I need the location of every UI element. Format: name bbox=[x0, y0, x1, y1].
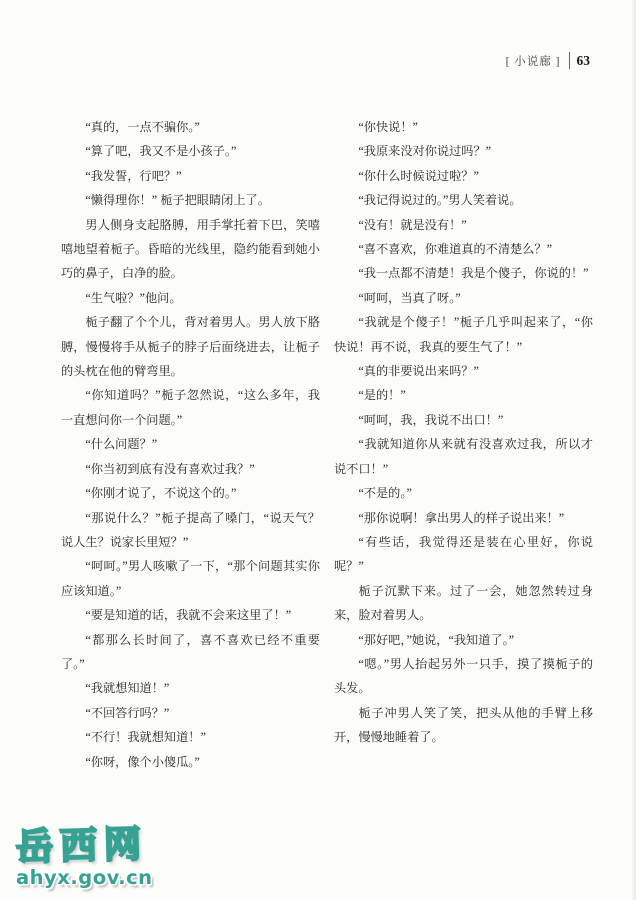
paragraph: “懒得理你！” 栀子把眼睛闭上了。 bbox=[61, 188, 320, 212]
paragraph: “呵呵，当真了呀。” bbox=[334, 286, 593, 310]
paragraph: “我就知道你从来就有没喜欢过我，所以才说不口！” bbox=[334, 432, 593, 481]
paragraph: “那你说啊！拿出男人的样子说出来！” bbox=[334, 506, 593, 530]
paragraph: “我就想知道！” bbox=[61, 676, 320, 700]
paragraph: “喜不喜欢，你难道真的不清楚么？” bbox=[334, 237, 593, 261]
paragraph: “都那么长时间了，喜不喜欢已经不重要了。” bbox=[61, 628, 320, 677]
paragraph: “是的！” bbox=[334, 383, 593, 407]
text-columns: “真的，一点不骗你。”“算了吧，我又不是小孩子。”“我发誓，行吧？”“懒得理你！… bbox=[61, 115, 593, 774]
paragraph: “不回答行吗？” bbox=[61, 701, 320, 725]
paragraph: “那说什么？”栀子提高了嗓门，“说天气？说人生？说家长里短？” bbox=[61, 506, 320, 555]
paragraph: “你刚才说了，不说这个的。” bbox=[61, 481, 320, 505]
paragraph: “没有！就是没有！” bbox=[334, 213, 593, 237]
paragraph: “你当初到底有没有喜欢过我？” bbox=[61, 457, 320, 481]
paragraph: “真的非要说出来吗？” bbox=[334, 359, 593, 383]
text-column-right: “你快说！”“我原来没对你说过吗？”“你什么时候说过啦？”“我记得说过的。”男人… bbox=[334, 115, 593, 774]
watermark: 岳西网 ahyx.gov.cn bbox=[16, 828, 153, 888]
paragraph: “算了吧，我又不是小孩子。” bbox=[61, 139, 320, 163]
paragraph: “呵呵。”男人咳嗽了一下，“那个问题其实你应该知道。” bbox=[61, 554, 320, 603]
watermark-site-url: ahyx.gov.cn bbox=[16, 868, 153, 888]
paragraph: “呵呵，我，我说不出口！” bbox=[334, 408, 593, 432]
paragraph: “要是知道的话，我就不会来这里了！” bbox=[61, 603, 320, 627]
paragraph: “我就是个傻子！”栀子几乎叫起来了，“你快说！再不说，我真的要生气了！” bbox=[334, 310, 593, 359]
paragraph: 栀子翻了个个儿，背对着男人。男人放下胳膊，慢慢将手从栀子的脖子后面绕进去，让栀子… bbox=[61, 310, 320, 383]
paragraph: “我一点都不清楚！我是个傻子，你说的！” bbox=[334, 261, 593, 285]
page-header: [ 小说廊 ] 63 bbox=[506, 52, 590, 69]
watermark-site-name: 岳西网 bbox=[16, 826, 153, 867]
paragraph: “我原来没对你说过吗？” bbox=[334, 139, 593, 163]
paragraph: “有些话，我觉得还是装在心里好，你说呢？” bbox=[334, 530, 593, 579]
paragraph: “不行！我就想知道！” bbox=[61, 725, 320, 749]
paragraph: “那好吧，”她说，“我知道了。” bbox=[334, 628, 593, 652]
paragraph: 栀子沉默下来。过了一会，她忽然转过身来，脸对着男人。 bbox=[334, 579, 593, 628]
magazine-page: [ 小说廊 ] 63 “真的，一点不骗你。”“算了吧，我又不是小孩子。”“我发誓… bbox=[0, 0, 636, 900]
paragraph: “我记得说过的。”男人笑着说。 bbox=[334, 188, 593, 212]
page-number: 63 bbox=[577, 53, 591, 69]
header-divider bbox=[569, 52, 570, 69]
paragraph: “生气啦？”他问。 bbox=[61, 286, 320, 310]
paragraph: “你快说！” bbox=[334, 115, 593, 139]
paragraph: “嗯。”男人抬起另外一只手，摸了摸栀子的头发。 bbox=[334, 652, 593, 701]
paragraph: “你呀，像个小傻瓜。” bbox=[61, 750, 320, 774]
paragraph: “不是的。” bbox=[334, 481, 593, 505]
paragraph: “真的，一点不骗你。” bbox=[61, 115, 320, 139]
paragraph: 栀子冲男人笑了笑，把头从他的手臂上移开，慢慢地睡着了。 bbox=[334, 701, 593, 750]
paragraph: “我发誓，行吧？” bbox=[61, 164, 320, 188]
text-column-left: “真的，一点不骗你。”“算了吧，我又不是小孩子。”“我发誓，行吧？”“懒得理你！… bbox=[61, 115, 320, 774]
paragraph: “你什么时候说过啦？” bbox=[334, 164, 593, 188]
paragraph: “你知道吗？”栀子忽然说，“这么多年，我一直想问你一个问题。” bbox=[61, 383, 320, 432]
journal-name: [ 小说廊 ] bbox=[506, 53, 561, 69]
paragraph: 男人侧身支起胳膊，用手掌托着下巴，笑嘻嘻地望着栀子。昏暗的光线里，隐约能看到她小… bbox=[61, 213, 320, 286]
paragraph: “什么问题？” bbox=[61, 432, 320, 456]
